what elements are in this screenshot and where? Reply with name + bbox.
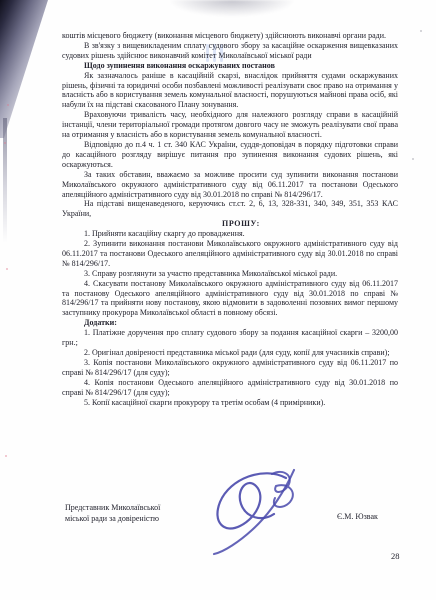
signatory-name: Є.М. Юзвак xyxy=(337,512,378,521)
signatory-role-line2: міської ради за довіреністю xyxy=(65,514,160,525)
paragraph: В зв'язку з вищевикладеним сплату судово… xyxy=(62,41,398,61)
signatory-role-line1: Представник Миколаївської xyxy=(65,503,160,514)
list-item: 1. Прийняти касаційну скаргу до провадже… xyxy=(62,229,398,239)
paragraph: На підставі вищенаведеного, керуючись ст… xyxy=(62,199,398,219)
scan-edge-shadow-line xyxy=(3,118,7,243)
signatory-role: Представник Миколаївської міської ради з… xyxy=(65,503,160,525)
list-item: 2. Оригінал довіреності представника міс… xyxy=(62,348,398,358)
list-item: 4. Копія постанови Одеського апеляційног… xyxy=(62,378,398,398)
document-body: коштів місцевого бюджету (виконання місц… xyxy=(62,31,398,407)
scan-corner-shadow xyxy=(0,0,48,138)
scan-speck xyxy=(5,455,7,457)
scan-speck xyxy=(420,30,422,32)
list-item: 4. Скасувати постанову Миколаївського ок… xyxy=(62,279,398,319)
request-heading: ПРОШУ: xyxy=(62,219,398,229)
handwritten-signature xyxy=(200,464,310,564)
scan-speck xyxy=(6,268,8,270)
section-heading-suspension: Щодо зупинення виконання оскаржуваних по… xyxy=(62,61,398,71)
list-item: 3. Справу розглянути за участю представн… xyxy=(62,269,398,279)
list-item: 2. Зупинити виконання постанови Миколаїв… xyxy=(62,239,398,269)
page-number: 28 xyxy=(391,551,400,561)
list-item: 3. Копія постанови Миколаївського окружн… xyxy=(62,358,398,378)
paragraph: За таких обставин, вважаємо за можливе п… xyxy=(62,170,398,200)
scan-speck xyxy=(7,104,9,106)
paragraph: Відповідно до п.4 ч. 1 ст. 340 КАС Украї… xyxy=(62,140,398,170)
scan-speck xyxy=(4,142,6,144)
scan-speck xyxy=(412,158,414,160)
list-item: 1. Платіжне доручення про сплату судовог… xyxy=(62,328,398,348)
attachments-heading: Додатки: xyxy=(62,318,398,328)
paragraph: коштів місцевого бюджету (виконання місц… xyxy=(62,31,398,41)
paragraph: Як зазначалось раніше в касаційній скарз… xyxy=(62,71,398,111)
paragraph: Враховуючи тривалість часу, необхідного … xyxy=(62,110,398,140)
list-item: 5. Копії касаційної скарги прокурору та … xyxy=(62,398,398,408)
scan-top-smudge xyxy=(168,0,296,17)
scanned-document-page: коштів місцевого бюджету (виконання місц… xyxy=(0,0,436,600)
